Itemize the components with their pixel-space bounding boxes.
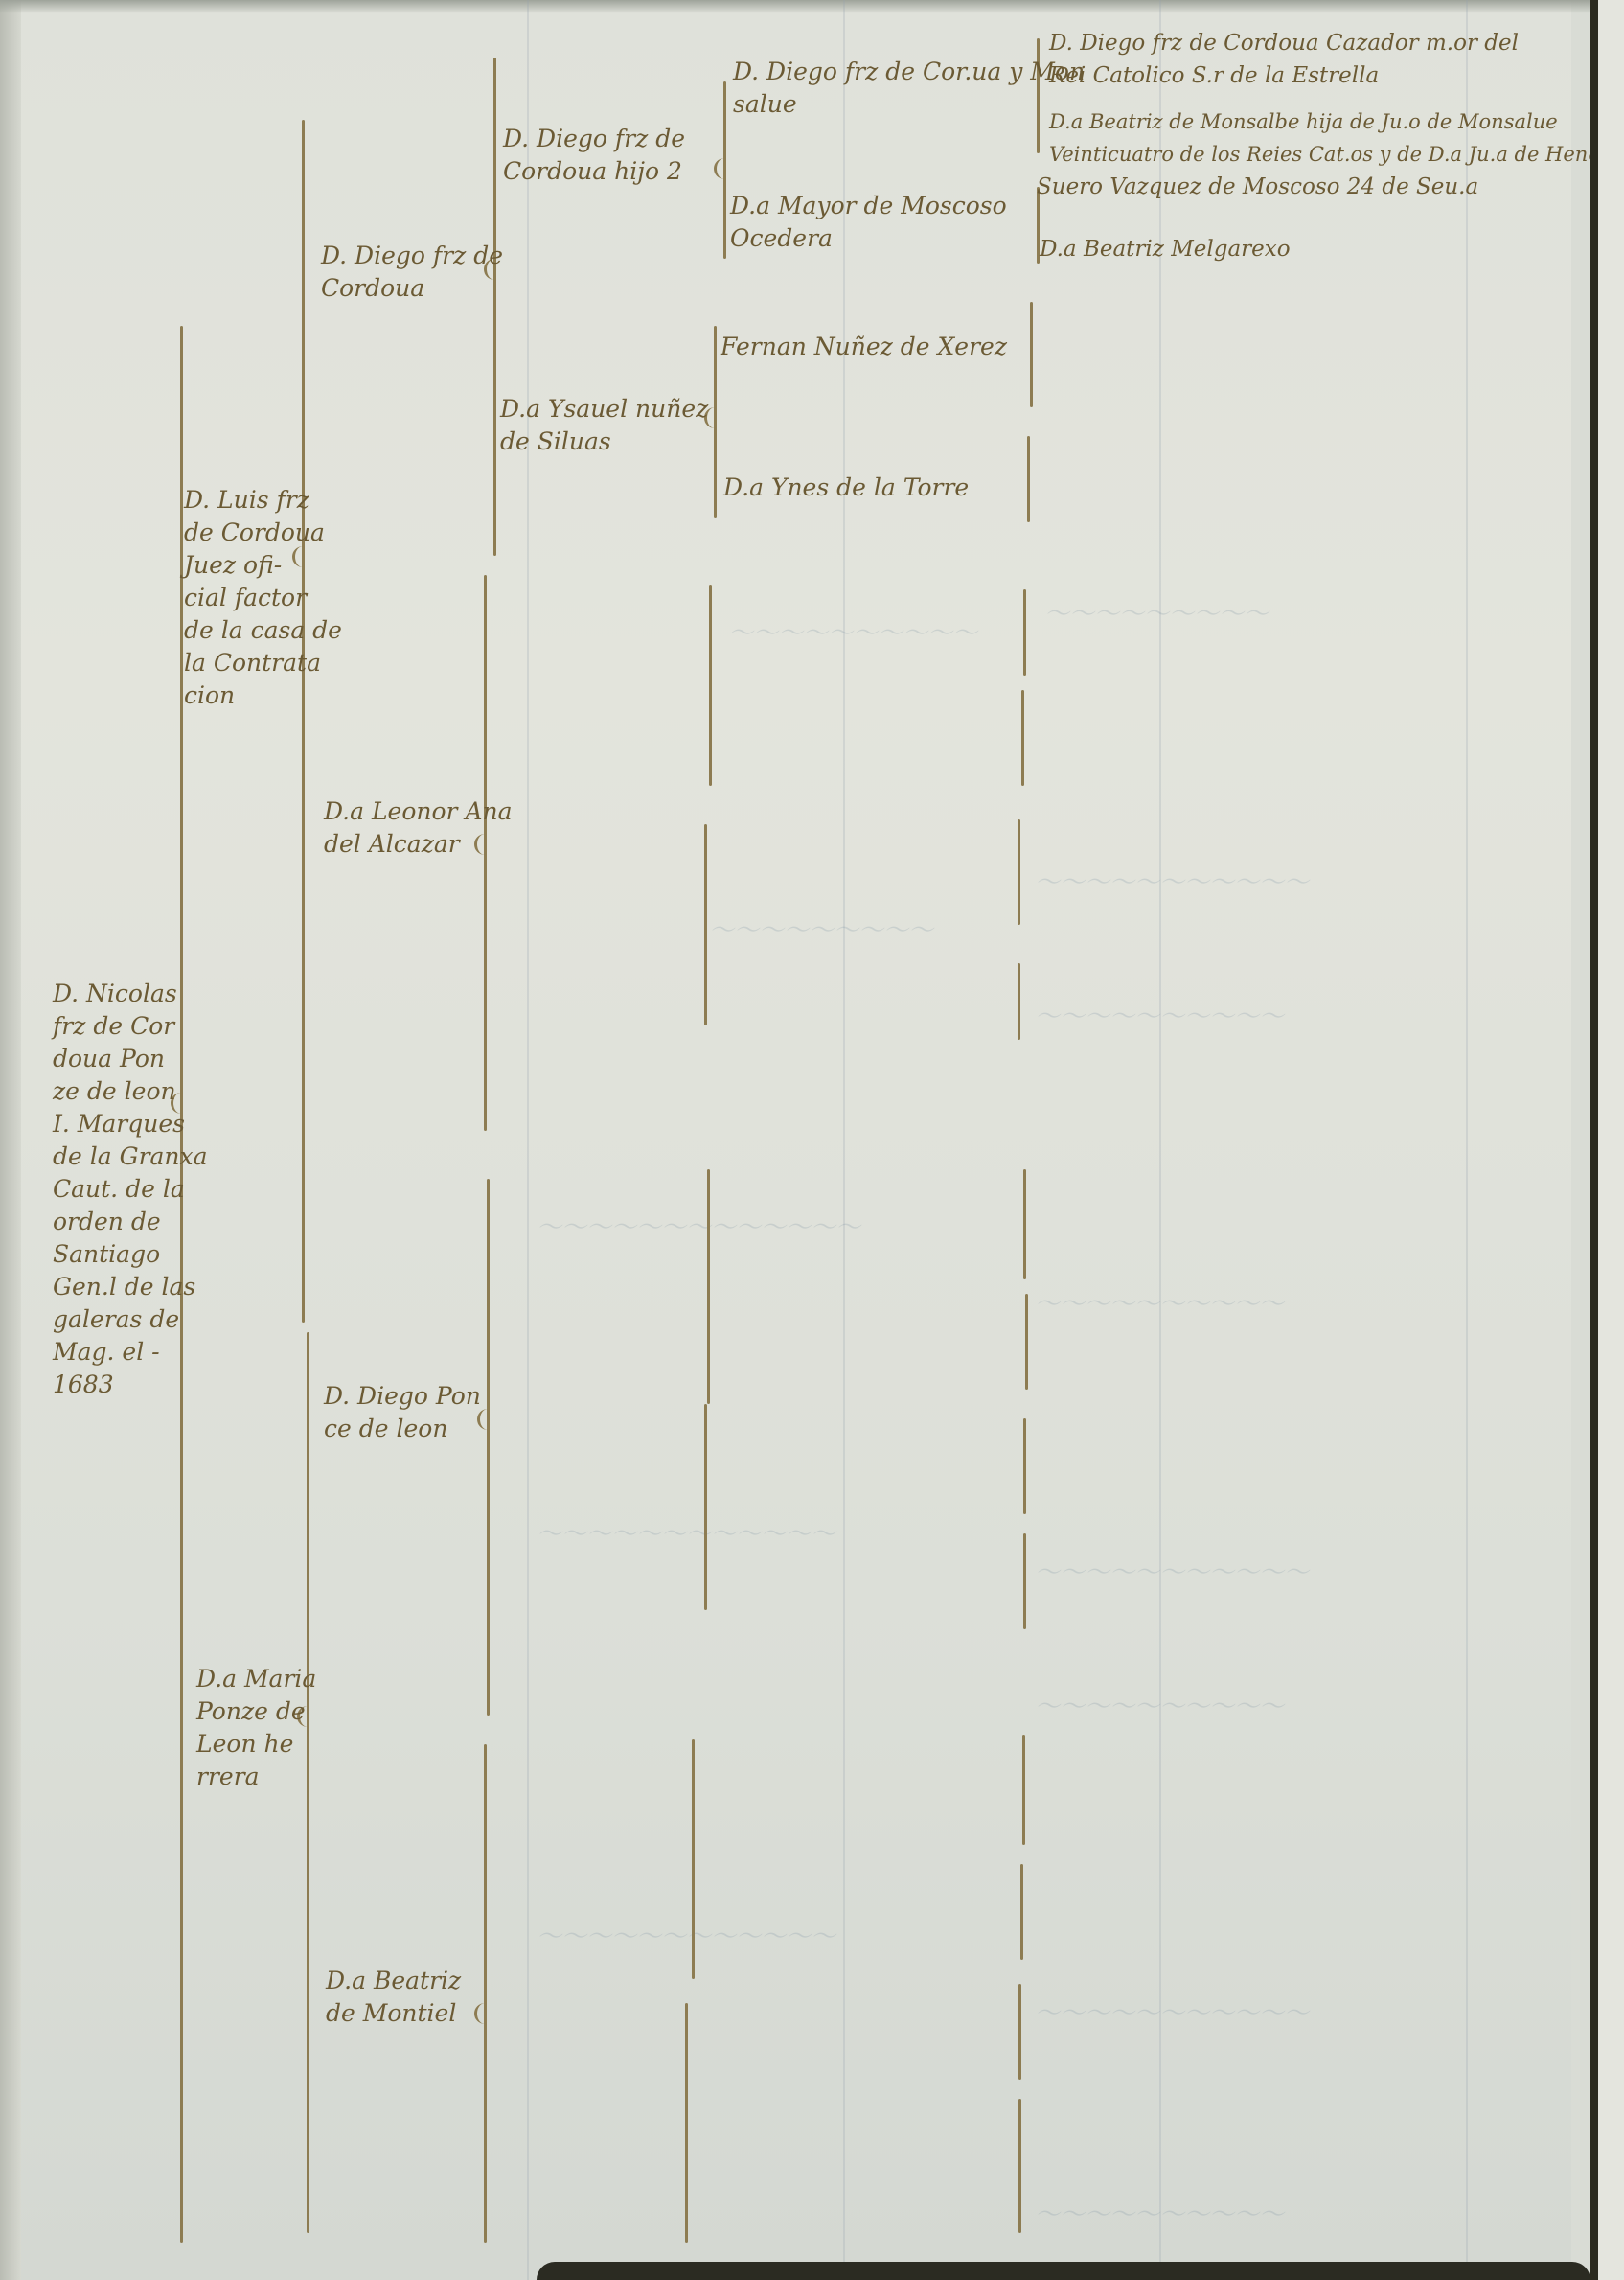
- person-suero: Suero Vazquez de Moscoso 24 de Seu.a: [1037, 171, 1478, 203]
- person-diego-ponce: D. Diego Pon ce de leon: [324, 1380, 481, 1445]
- bracket-empty: [707, 1169, 710, 1404]
- bleed-through-text: ～～～～～～～～～～～～: [537, 1514, 835, 1550]
- bracket-empty: [1020, 1864, 1023, 1960]
- brace-curl: [474, 2003, 491, 2024]
- person-luis: D. Luis frz de Cordoua Juez ofi- cial fa…: [184, 484, 342, 712]
- person-beatriz-monsalbe: D.a Beatriz de Monsalbe hija de Ju.o de …: [1049, 105, 1624, 171]
- entry-line: Gen.l de las: [53, 1271, 208, 1303]
- entry-line: salue: [733, 88, 1085, 121]
- entry-line: D. Diego frz de: [503, 123, 685, 155]
- entry-line: de la Granxa: [53, 1140, 208, 1173]
- entry-line: Cordoua hijo 2: [503, 155, 685, 188]
- entry-line: de Cordoua: [184, 517, 342, 549]
- entry-line: de Montiel: [326, 1997, 461, 2030]
- bracket-empty: [709, 585, 712, 786]
- entry-line: D.a Leonor Ana: [324, 795, 513, 828]
- bleed-through-text: ～～～～～～～～～～～: [1035, 1553, 1309, 1588]
- entry-line: D. Diego frz de Cordoua Cazador m.or del: [1049, 27, 1519, 59]
- bracket-empty: [1018, 819, 1020, 925]
- entry-line: galeras de: [53, 1303, 208, 1336]
- person-beatriz-melgarejo: D.a Beatriz Melgarexo: [1040, 233, 1291, 265]
- bracket-gen3-beatriz: [484, 1744, 487, 2243]
- entry-line: 1683: [53, 1369, 208, 1401]
- person-diego-monsalve: D. Diego frz de Cor.ua y Mon salue: [733, 56, 1085, 121]
- page-left-edge: [0, 0, 21, 2280]
- bracket-empty: [1023, 589, 1026, 676]
- brace-curl: [714, 158, 730, 179]
- bracket-gen3-diego: [493, 58, 496, 556]
- entry-line: D.a Maria: [196, 1663, 316, 1695]
- entry-line: D.a Beatriz Melgarexo: [1040, 233, 1291, 265]
- page-top-shadow: [0, 0, 1590, 13]
- bracket-gen5-fernan: [1030, 302, 1033, 407]
- book-binding-edge: [1590, 0, 1598, 2280]
- entry-line: de Siluas: [500, 426, 708, 458]
- bleed-through-text: ～～～～～～～～～～: [1035, 1284, 1284, 1320]
- entry-line: Cordoua: [321, 272, 503, 305]
- bracket-empty: [1018, 963, 1020, 1040]
- bracket-empty: [1023, 1169, 1026, 1279]
- entry-line: D. Diego frz de Cor.ua y Mon: [733, 56, 1085, 88]
- bracket-empty: [1022, 1735, 1025, 1845]
- bracket-empty: [685, 2003, 688, 2243]
- entry-line: cial factor: [184, 582, 342, 614]
- bracket-gen2-luis: [302, 120, 305, 1323]
- entry-line: ze de leon: [53, 1075, 208, 1108]
- bleed-through-text: ～～～～～～～～～～～～～: [537, 1208, 860, 1243]
- bracket-empty: [1023, 1418, 1026, 1514]
- person-fernan: Fernan Nuñez de Xerez: [721, 331, 1007, 363]
- entry-line: D.a Mayor de Moscoso: [730, 190, 1007, 222]
- entry-line: Leon he: [196, 1728, 316, 1761]
- entry-line: del Alcazar: [324, 828, 513, 861]
- person-maria: D.a Maria Ponze de Leon he rrera: [196, 1663, 316, 1793]
- entry-line: D. Diego frz de: [321, 240, 503, 272]
- entry-line: orden de: [53, 1206, 208, 1238]
- bleed-through-text: ～～～～～～～～～～: [1035, 2195, 1284, 2230]
- person-diego-hijo2: D. Diego frz de Cordoua hijo 2: [503, 123, 685, 188]
- entry-line: Ponze de: [196, 1695, 316, 1728]
- entry-line: D.a Ysauel nuñez: [500, 393, 708, 426]
- bracket-empty: [1025, 1294, 1028, 1390]
- bracket-empty: [704, 1404, 707, 1610]
- manuscript-page: ～～～～～～～～～～ ～～～～～～～～～ ～～～～～～～～～～～ ～～～～～～～…: [0, 0, 1571, 2280]
- bleed-through-text: ～～～～～～～～～: [709, 910, 933, 946]
- bracket-gen3-diego-ponce: [487, 1179, 490, 1716]
- person-ines: D.a Ynes de la Torre: [723, 472, 969, 504]
- person-leonor: D.a Leonor Ana del Alcazar: [324, 795, 513, 861]
- bracket-empty: [704, 824, 707, 1025]
- ruling-line: [1466, 0, 1468, 2280]
- person-diego-cazador: D. Diego frz de Cordoua Cazador m.or del…: [1049, 27, 1519, 92]
- bleed-through-text: ～～～～～～～～～～～: [1035, 1993, 1309, 2029]
- entry-line: Suero Vazquez de Moscoso 24 de Seu.a: [1037, 171, 1478, 203]
- entry-line: rrera: [196, 1761, 316, 1793]
- entry-line: D. Luis frz: [184, 484, 342, 517]
- entry-line: D. Diego Pon: [324, 1380, 481, 1413]
- entry-line: la Contrata: [184, 647, 342, 679]
- bracket-empty: [1023, 1533, 1026, 1629]
- bracket-empty: [1018, 1984, 1021, 2080]
- entry-line: ce de leon: [324, 1413, 481, 1445]
- bleed-through-text: ～～～～～～～～～～: [1035, 1687, 1284, 1722]
- entry-line: frz de Cor: [53, 1010, 208, 1043]
- bracket-empty: [692, 1739, 695, 1979]
- bracket-empty: [1018, 2099, 1021, 2233]
- bleed-through-text: ～～～～～～～～～～: [1035, 997, 1284, 1032]
- entry-line: Veinticuatro de los Reies Cat.os y de D.…: [1049, 138, 1624, 171]
- entry-line: Fernan Nuñez de Xerez: [721, 331, 1007, 363]
- ruling-line: [527, 0, 529, 2280]
- entry-line: Caut. de la: [53, 1173, 208, 1206]
- entry-line: Ocedera: [730, 222, 1007, 255]
- bleed-through-text: ～～～～～～～～～～～: [1035, 863, 1309, 898]
- person-beatriz-montiel: D.a Beatriz de Montiel: [326, 1965, 461, 2030]
- entry-line: Santiago: [53, 1238, 208, 1271]
- entry-line: D.a Ynes de la Torre: [723, 472, 969, 504]
- bleed-through-text: ～～～～～～～～～～～～: [537, 1917, 835, 1952]
- person-mayor: D.a Mayor de Moscoso Ocedera: [730, 190, 1007, 255]
- entry-line: Rei Catolico S.r de la Estrella: [1049, 59, 1519, 92]
- bracket-gen5-ines: [1027, 436, 1030, 522]
- entry-line: D.a Beatriz de Monsalbe hija de Ju.o de …: [1049, 105, 1624, 138]
- page-bottom-shadow: [537, 2262, 1590, 2280]
- entry-line: Mag. el -: [53, 1336, 208, 1369]
- entry-line: cion: [184, 679, 342, 712]
- entry-line: Juez ofi-: [184, 549, 342, 582]
- entry-line: D.a Beatriz: [326, 1965, 461, 1997]
- facing-page-strip: [1598, 0, 1624, 2280]
- person-diego-frz: D. Diego frz de Cordoua: [321, 240, 503, 305]
- entry-line: de la casa de: [184, 614, 342, 647]
- entry-line: D. Nicolas: [53, 978, 208, 1010]
- bleed-through-text: ～～～～～～～～～～: [728, 613, 977, 649]
- bleed-through-text: ～～～～～～～～～: [1044, 594, 1269, 630]
- entry-line: doua Pon: [53, 1043, 208, 1075]
- entry-line: I. Marques: [53, 1108, 208, 1140]
- person-nicolas: D. Nicolas frz de Cor doua Pon ze de leo…: [53, 978, 208, 1401]
- person-isabel: D.a Ysauel nuñez de Siluas: [500, 393, 708, 458]
- bracket-empty: [1021, 690, 1024, 786]
- ruling-line: [1159, 0, 1161, 2280]
